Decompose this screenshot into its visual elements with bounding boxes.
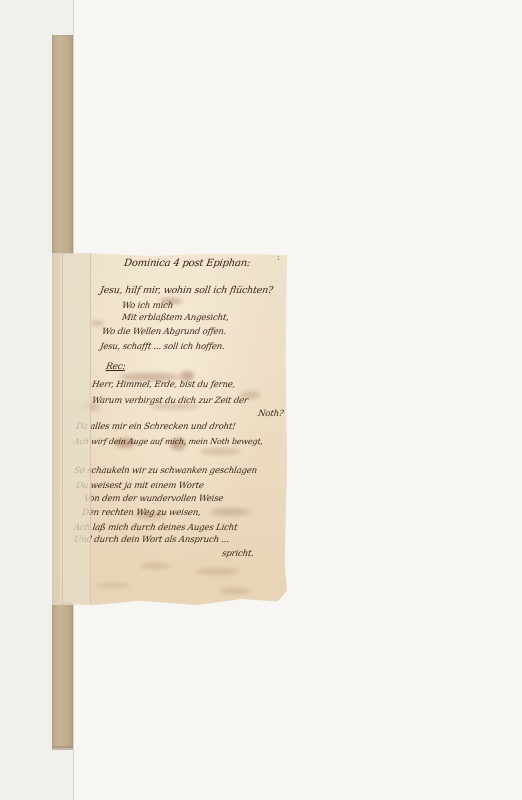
manuscript-line: Wo die Wellen Abgrund offen. <box>101 327 227 337</box>
manuscript-line: Da alles mir ein Schrecken und droht! <box>75 422 236 432</box>
hinge-tape <box>52 253 91 605</box>
manuscript-line: Du weisest ja mit einem Worte <box>75 481 204 491</box>
manuscript-line: spricht. <box>221 549 254 559</box>
ink-stain <box>220 588 250 594</box>
manuscript-line: Herr, Himmel, Erde, bist du ferne, <box>91 380 236 390</box>
ink-stain <box>210 508 250 516</box>
ink-stain <box>95 583 130 588</box>
manuscript-line: Noth? <box>257 409 284 419</box>
manuscript-line: Und durch dein Wort als Anspruch ... <box>73 535 229 545</box>
manuscript-line: Warum verbirgst du dich zur Zeit der <box>91 396 248 406</box>
manuscript-line: Wo ich mich <box>121 301 173 311</box>
ink-stain <box>90 321 104 326</box>
manuscript-line: Von dem der wundervollen Weise <box>83 494 224 504</box>
manuscript-line: Jesu, hilf mir, wohin soll ich flüchten? <box>99 285 273 296</box>
manuscript-line: Den rechten Weg zu weisen, <box>81 508 201 518</box>
manuscript-line: So schaukeln wir zu schwanken geschlagen <box>73 466 257 476</box>
folio-number: 1 <box>277 256 280 262</box>
recitative-heading: Rec: <box>105 362 126 372</box>
manuscript-line: Jesu, schafft ... soll ich hoffen. <box>99 342 225 352</box>
manuscript-title: Dominica 4 post Epiphan: <box>123 258 251 269</box>
manuscript-line: Mit erblaßtem Angesicht, <box>121 313 229 323</box>
manuscript-line: Ach wirf dein Auge auf mich, mein Noth b… <box>73 437 263 446</box>
ink-stain <box>195 568 240 575</box>
ink-stain <box>200 448 240 455</box>
ink-stain <box>140 563 170 569</box>
manuscript-line: Ach laß mich durch deines Auges Licht <box>73 523 238 533</box>
